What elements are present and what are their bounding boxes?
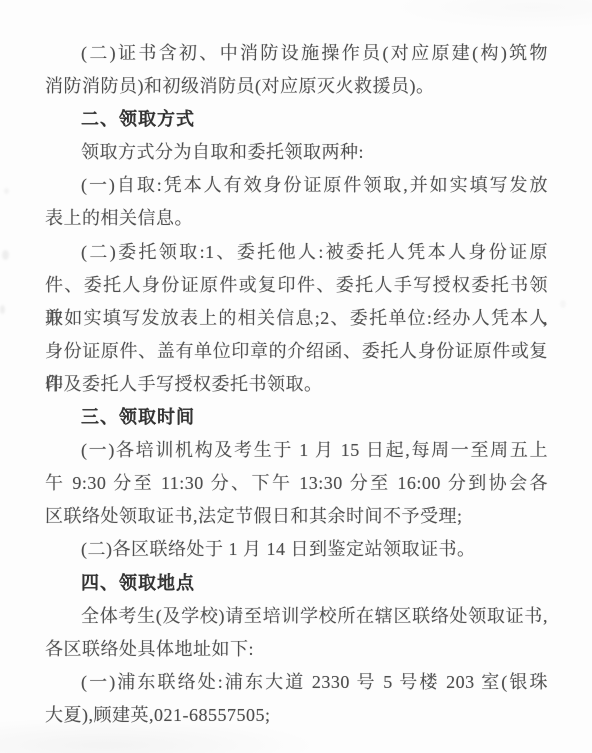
text-line: 件、委托人身份证原件或复印件、委托人手写授权委托书领取, <box>45 269 548 302</box>
text-line: 各区联络处具体地址如下: <box>45 633 548 666</box>
scan-noise-speck <box>560 300 566 308</box>
text-line: (二)证书含初、中消防设施操作员(对应原建(构)筑物 <box>45 37 548 70</box>
text-line: 午 9:30 分至 11:30 分、下午 13:30 分至 16:00 分到协会… <box>45 467 548 500</box>
section-heading: 二、领取方式 <box>45 103 548 136</box>
text-line: (一)各培训机构及考生于 1 月 15 日起,每周一至周五上 <box>45 434 548 467</box>
text-line: 表上的相关信息。 <box>45 202 548 235</box>
text-line: (一)自取:凭本人有效身份证原件领取,并如实填写发放 <box>45 169 548 202</box>
text-line: 大夏),顾建英,021-68557505; <box>45 699 548 732</box>
text-line: 消防消防员)和初级消防员(对应原灭火救援员)。 <box>45 70 548 103</box>
text-line: (一)浦东联络处:浦东大道 2330 号 5 号楼 203 室(银珠 <box>45 666 548 699</box>
scan-noise-speck <box>0 305 5 314</box>
document-body: (二)证书含初、中消防设施操作员(对应原建(构)筑物消防消防员)和初级消防员(对… <box>45 37 548 732</box>
scanned-document-page: (二)证书含初、中消防设施操作员(对应原建(构)筑物消防消防员)和初级消防员(对… <box>0 0 592 753</box>
section-heading: 四、领取地点 <box>45 567 548 600</box>
text-line: 件及委托人手写授权委托书领取。 <box>45 368 548 401</box>
text-line: 身份证原件、盖有单位印章的介绍函、委托人身份证原件或复印 <box>45 335 548 368</box>
scan-noise-speck <box>4 188 9 194</box>
text-line: 领取方式分为自取和委托领取两种: <box>45 136 548 169</box>
text-line: (二)各区联络处于 1 月 14 日到鉴定站领取证书。 <box>45 533 548 566</box>
scan-noise-speck <box>2 250 9 260</box>
text-line: 区联络处领取证书,法定节假日和其余时间不予受理; <box>45 500 548 533</box>
section-heading: 三、领取时间 <box>45 401 548 434</box>
text-line: (二)委托领取:1、委托他人:被委托人凭本人身份证原 <box>45 236 548 269</box>
text-line: 全体考生(及学校)请至培训学校所在辖区联络处领取证书, <box>45 600 548 633</box>
text-line: 并如实填写发放表上的相关信息;2、委托单位:经办人凭本人 <box>45 302 548 335</box>
